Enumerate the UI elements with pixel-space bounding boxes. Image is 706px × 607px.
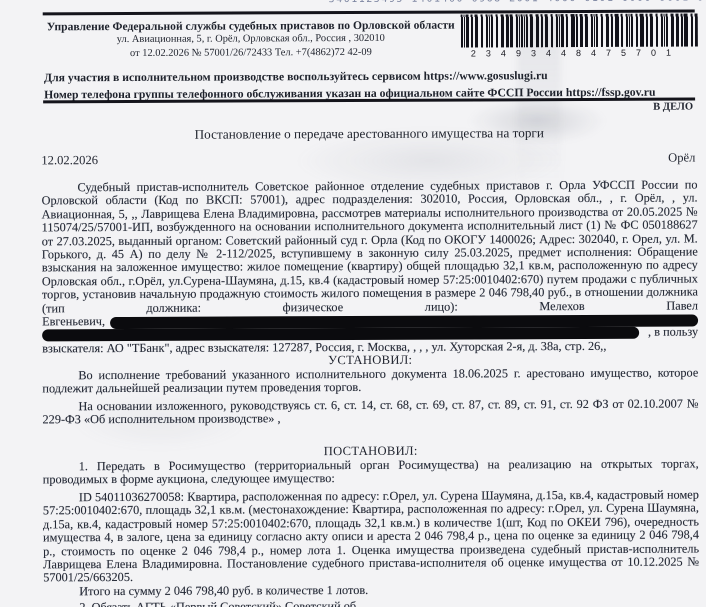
preamble-block: Судебный пристав-исполнитель Советское р… — [41, 178, 698, 355]
document-date: 12.02.2026 — [41, 153, 98, 168]
property-item-block: ID 54011036270058: Квартира, расположенн… — [43, 488, 699, 585]
after-redaction-text: , в пользу — [648, 326, 698, 340]
clipped-next-clause-block: 2. Обязать АГТЬ «Первый Советский» Совет… — [43, 598, 699, 607]
established-paragraph-1-block: Во исполнение требований указанного испо… — [42, 366, 698, 396]
resolved-paragraph-1: 1. Передать в Росимущество (территориаль… — [43, 457, 699, 487]
total-line: Итого на сумму 2 046 798,40 руб. в колич… — [43, 582, 699, 598]
debtor-name-fragment: Евгеньевич, — [42, 315, 105, 329]
clipped-next-clause: 2. Обязать АГТЬ «Первый Советский» Совет… — [43, 598, 699, 607]
preamble-paragraph: Судебный пристав-исполнитель Советское р… — [41, 178, 698, 315]
barcode-digits: 23493448475701 — [461, 47, 698, 58]
gosuslugi-notice: Для участия в исполнительном производств… — [44, 68, 699, 84]
property-item-paragraph: ID 54011036270058: Квартира, расположенн… — [43, 488, 699, 585]
established-paragraph-2-block: На основании изложенного, руководствуясь… — [42, 397, 698, 427]
established-paragraph-2: На основании изложенного, руководствуясь… — [42, 397, 698, 427]
established-paragraph-1: Во исполнение требований указанного испо… — [42, 366, 698, 396]
total-line-block: Итого на сумму 2 046 798,40 руб. в колич… — [43, 582, 699, 598]
issuing-authority-name: Управление Федеральной службы судебных п… — [44, 19, 458, 34]
document-title: Постановление о передаче арестованного и… — [43, 125, 695, 144]
letterhead: Управление Федеральной службы судебных п… — [44, 19, 458, 61]
issuing-authority-address: ул. Авиационная, 5, г. Орёл, Орловская о… — [44, 33, 458, 47]
to-case-file-mark: В ДЕЛО — [43, 102, 693, 116]
scanned-document-page: 5401125495 1401400 0968 2001 4000 0101 0… — [0, 0, 706, 607]
resolved-paragraph-1-block: 1. Передать в Росимущество (территориаль… — [43, 457, 699, 487]
barcode-bars — [461, 13, 698, 47]
document-barcode: 23493448475701 — [461, 13, 698, 58]
date-city-row: 12.02.2026 Орёл — [41, 151, 695, 169]
document-city: Орёл — [668, 151, 695, 166]
cropped-top-digits: 5401125495 1401400 0968 2001 4000 0101 0… — [329, 0, 705, 8]
document-reference-line: от 12.02.2026 № 57001/26/72433 Тел. +7(4… — [44, 46, 458, 60]
cropped-top-digits-text: 5401125495 1401400 0968 2001 4000 0101 0… — [329, 0, 705, 5]
